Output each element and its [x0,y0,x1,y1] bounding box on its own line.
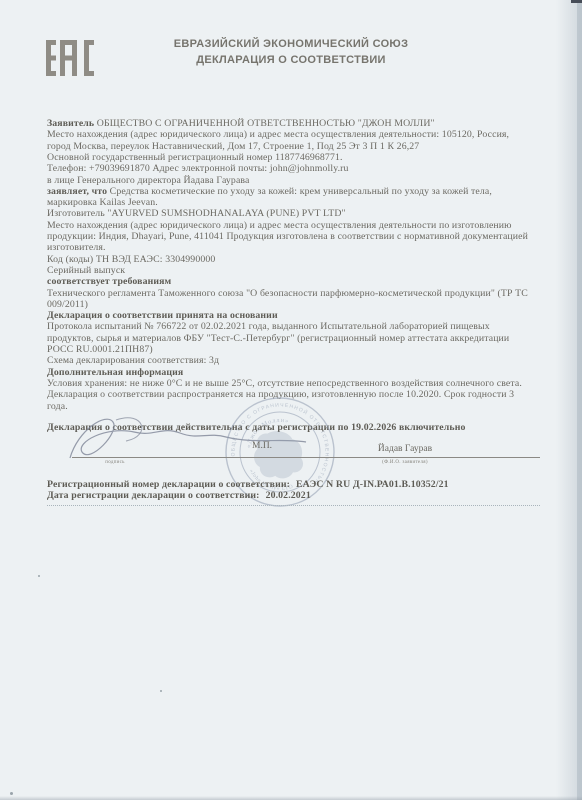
doc-line-serial: Серийный выпуск [47,265,125,276]
doc-line-marking: маркировка Kailas Jeevan. [47,197,158,208]
registration-date-value: 20.02.2021 [266,490,311,501]
doc-line-applicant: Заявитель ОБЩЕСТВО С ОГРАНИЧЕННОЙ ОТВЕТС… [47,118,435,129]
doc-line-director: в лице Генерального директора Йадава Гау… [47,175,250,186]
doc-line-protocol-3: РОСС RU.0001.21ПН87) [47,344,153,355]
scan-noise-dot [38,575,40,577]
scan-corner-speck [571,0,582,3]
header-union-title: ЕВРАЗИЙСКИЙ ЭКОНОМИЧЕСКИЙ СОЮЗ [0,38,582,50]
scan-edge-line-right [577,0,582,800]
doc-line-mfr-address-1: Место нахождения (адрес юридического лиц… [47,220,512,231]
doc-line-phone-email: Телефон: +79039691870 Адрес электронной … [47,163,349,174]
scan-noise-dot [10,792,13,795]
doc-line-protocol-2: продуктов, сырья и материалов ФБУ "Тест-… [47,333,509,344]
doc-line-mfr-address-3: изготовителя. [47,242,106,253]
doc-line-tnved-code: Код (коды) ТН ВЭД ЕАЭС: 3304990000 [47,254,215,265]
scanned-declaration-page: ЕВРАЗИЙСКИЙ ЭКОНОМИЧЕСКИЙ СОЮЗ ДЕКЛАРАЦИ… [0,0,582,800]
doc-line-address-1: Место нахождения (адрес юридического лиц… [47,129,509,140]
doc-line-complies: соответствует требованиям [47,276,171,287]
doc-line-address-2: город Москва, переулок Наставнический, Д… [47,141,419,152]
doc-line-ogrn: Основной государственный регистрационный… [47,152,343,163]
scan-noise-dot [160,690,162,692]
doc-line-basis-heading: Декларация о соответствии принята на осн… [47,310,278,321]
signer-name-line [308,457,540,458]
doc-line-regulation-2: 009/2011) [47,299,88,310]
signature-line [72,457,310,458]
doc-line-info-heading: Дополнительная информация [47,367,183,378]
dotted-separator [47,505,540,506]
doc-line-scheme: Схема декларирования соответствия: 3д [47,355,219,366]
registration-date-line: Дата регистрации декларации о соответств… [47,490,311,501]
doc-line-declares: заявляет, что Средства косметические по … [47,186,492,197]
signer-name: Йадав Гаурав [330,444,480,454]
signer-fio-caption: (Ф.И.О. заявителя) [345,460,465,465]
registration-date-label: Дата регистрации декларации о соответств… [47,490,260,501]
registration-number-label: Регистрационный номер декларации о соотв… [47,479,290,490]
header-doc-title: ДЕКЛАРАЦИЯ О СООТВЕТСТВИИ [0,54,582,66]
doc-line-mfr-address-2: продукции: Индия, Dhayari, Pune, 411041 … [47,231,528,242]
registration-number-line: Регистрационный номер декларации о соотв… [47,479,449,490]
doc-line-storage: Условия хранения: не ниже 0°С и не выше … [47,378,522,389]
stamp-place-label: М.П. [252,441,272,451]
stamp-dog-head-emblem [251,428,306,482]
doc-line-manufacturer: Изготовитель "AYURVED SUMSHODHANALAYA (P… [47,208,346,219]
doc-line-protocol-1: Протокола испытаний № 766722 от 02.02.20… [47,321,490,332]
registration-number-value: ЕАЭС N RU Д-IN.РА01.В.10352/21 [296,479,449,490]
doc-line-regulation-1: Технического регламента Таможенного союз… [47,288,528,299]
scan-edge-shadow-bottom [0,796,582,800]
signature-caption: подпись [85,460,145,465]
